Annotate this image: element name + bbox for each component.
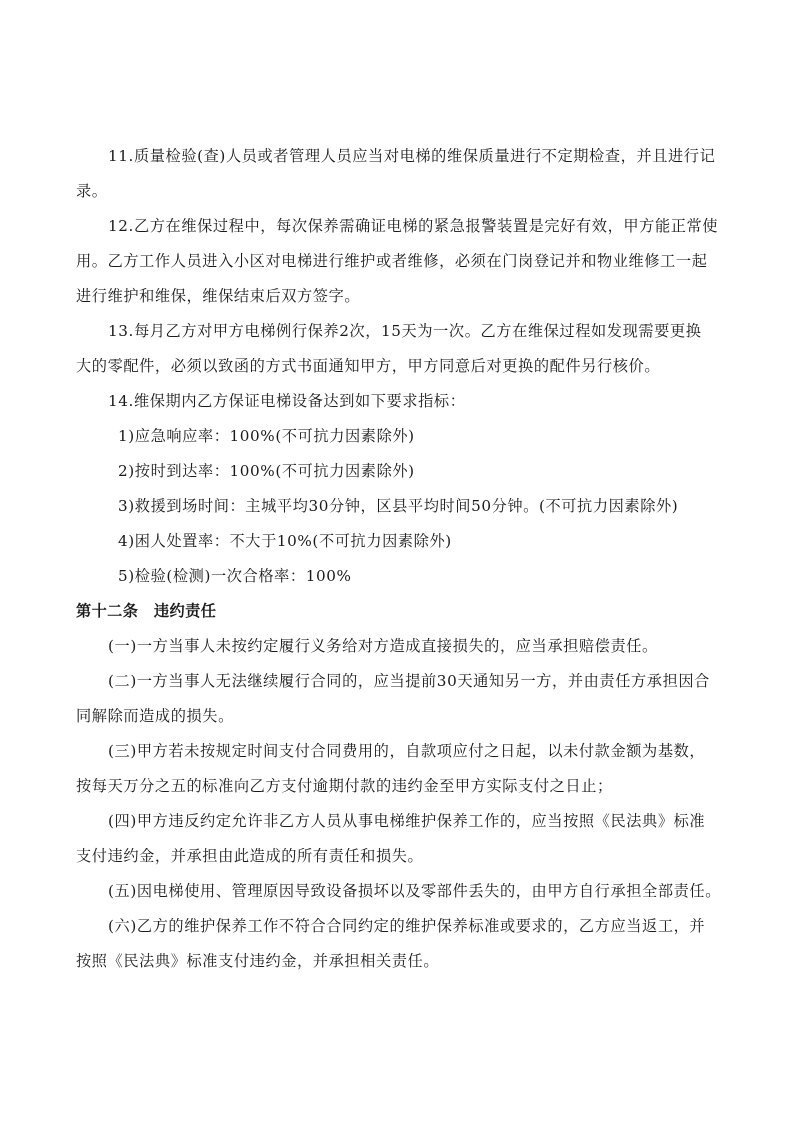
clause-5: (五)因电梯使用、管理原因导致设备损坏以及零部件丢失的，由甲方自行承担全部责任。 (108, 881, 752, 901)
clause-2-line-1: (二)一方当事人无法继续履行合同的，应当提前30天通知另一方，并由责任方承担因合 (108, 671, 752, 691)
clause-2-line-2: 同解除而造成的损失。 (76, 706, 720, 726)
paragraph-14: 14.维保期内乙方保证电梯设备达到如下要求指标： (108, 391, 752, 411)
paragraph-12-line-3: 进行维护和维保，维保结束后双方签字。 (76, 286, 720, 306)
paragraph-11-line-1: 11.质量检验(查)人员或者管理人员应当对电梯的维保质量进行不定期检查，并且进行… (108, 146, 752, 166)
requirement-item-2: 2)按时到达率：100%(不可抗力因素除外) (118, 461, 762, 481)
clause-3-line-2: 按每天万分之五的标准向乙方支付逾期付款的违约金至甲方实际支付之日止； (76, 776, 720, 796)
document-page: 11.质量检验(查)人员或者管理人员应当对电梯的维保质量进行不定期检查，并且进行… (0, 0, 794, 1122)
clause-6-line-2: 按照《民法典》标准支付违约金，并承担相关责任。 (76, 951, 720, 971)
clause-3-line-1: (三)甲方若未按规定时间支付合同费用的，自款项应付之日起，以未付款金额为基数， (108, 741, 752, 761)
paragraph-13-line-2: 大的零配件，必须以致函的方式书面通知甲方，甲方同意后对更换的配件另行核价。 (76, 356, 720, 376)
section-heading: 第十二条 违约责任 (76, 601, 720, 621)
clause-1: (一)一方当事人未按约定履行义务给对方造成直接损失的，应当承担赔偿责任。 (108, 636, 752, 656)
requirement-item-5: 5)检验(检测)一次合格率：100% (118, 566, 762, 586)
clause-4-line-2: 支付违约金，并承担由此造成的所有责任和损失。 (76, 846, 720, 866)
paragraph-12-line-2: 用。乙方工作人员进入小区对电梯进行维护或者维修，必须在门岗登记并和物业维修工一起 (76, 251, 720, 271)
paragraph-13-line-1: 13.每月乙方对甲方电梯例行保养2次，15天为一次。乙方在维保过程如发现需要更换 (108, 321, 752, 341)
requirement-item-3: 3)救援到场时间：主城平均30分钟，区县平均时间50分钟。(不可抗力因素除外) (118, 496, 762, 516)
requirement-item-4: 4)困人处置率：不大于10%(不可抗力因素除外) (118, 531, 762, 551)
requirement-item-1: 1)应急响应率：100%(不可抗力因素除外) (118, 426, 762, 446)
paragraph-11-line-2: 录。 (76, 181, 720, 201)
clause-6-line-1: (六)乙方的维护保养工作不符合合同约定的维护保养标准或要求的，乙方应当返工，并 (108, 916, 752, 936)
paragraph-12-line-1: 12.乙方在维保过程中，每次保养需确证电梯的紧急报警装置是完好有效，甲方能正常使 (108, 216, 752, 236)
clause-4-line-1: (四)甲方违反约定允许非乙方人员从事电梯维护保养工作的，应当按照《民法典》标准 (108, 811, 752, 831)
